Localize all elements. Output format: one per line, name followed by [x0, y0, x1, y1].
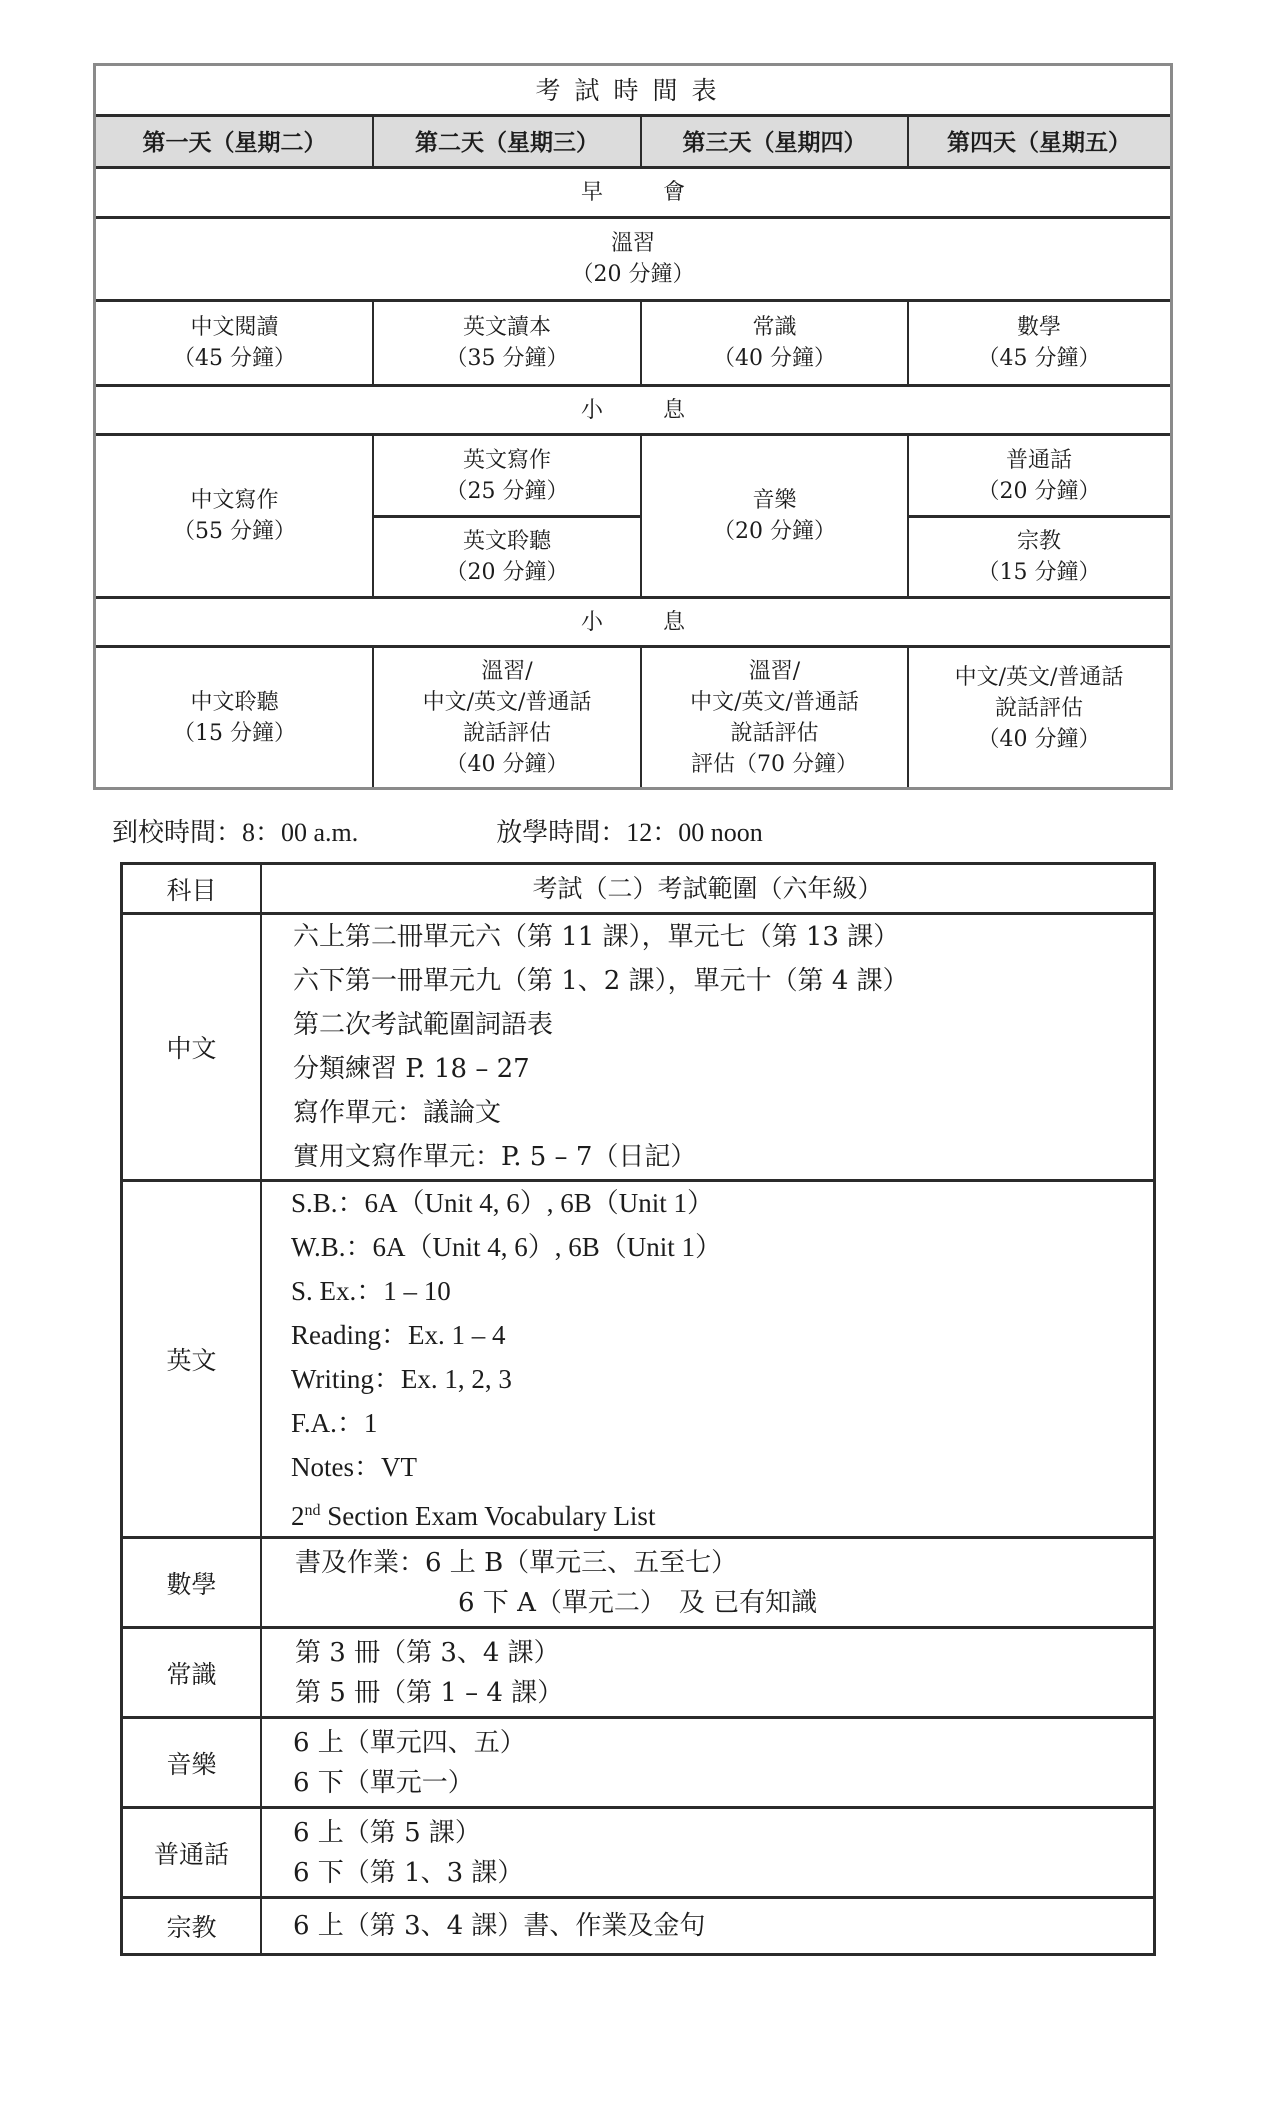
cell-line: 溫習/ — [749, 656, 800, 687]
subject-duration: （45 分鐘） — [173, 343, 296, 374]
scope-line: 6 上（單元四、五） — [293, 1723, 1143, 1763]
session2-day4-bottom: 宗教 （15 分鐘） — [908, 518, 1170, 596]
dismissal-time: 放學時間：12：00 noon — [496, 812, 763, 849]
cell-line: 說話評估 — [463, 718, 551, 749]
session3-day2: 溫習/ 中文/英文/普通話 說話評估 （40 分鐘） — [373, 648, 641, 787]
cell-line: 中文/英文/普通話 — [955, 662, 1124, 693]
scope-line: 六下第一冊單元九（第 1、2 課），單元十（第 4 課） — [293, 959, 1143, 1003]
session1-day3: 常識 （40 分鐘） — [641, 302, 908, 384]
subject-label: 音樂 — [123, 1719, 260, 1806]
arrival-time: 到校時間：8：00 a.m. — [112, 812, 358, 849]
cell-line: （40 分鐘） — [446, 749, 569, 780]
scope-line: S.B.：6A（Unit 4, 6）, 6B（Unit 1） — [291, 1181, 1143, 1225]
scope-line: 6 上（第 3、4 課）書、作業及金句 — [293, 1906, 1143, 1946]
scope-content: 6 上（單元四、五） 6 下（單元一） — [293, 1719, 1143, 1806]
scope-content: S.B.：6A（Unit 4, 6）, 6B（Unit 1） W.B.：6A（U… — [291, 1182, 1143, 1536]
scope-row-music: 音樂 6 上（單元四、五） 6 下（單元一） — [123, 1719, 1153, 1806]
scope-line: 寫作單元：議論文 — [293, 1091, 1143, 1135]
subject-duration: （20 分鐘） — [978, 476, 1101, 507]
subject-duration: （45 分鐘） — [978, 343, 1101, 374]
break-2: 小息 — [96, 599, 1170, 645]
school-times: 到校時間：8：00 a.m. 放學時間：12：00 noon — [112, 812, 763, 849]
subject-label: 宗教 — [123, 1899, 260, 1953]
subject-duration: （25 分鐘） — [446, 476, 569, 507]
subject-label: 中文 — [123, 915, 260, 1179]
revision-label: 溫習 — [611, 228, 655, 259]
scope-content: 6 上（第 3、4 課）書、作業及金句 — [293, 1899, 1143, 1953]
session1-day2: 英文讀本 （35 分鐘） — [373, 302, 641, 384]
ordinal-number: 2 — [291, 1501, 305, 1531]
subject-label: 普通話 — [123, 1809, 260, 1896]
scope-line: W.B.：6A（Unit 4, 6）, 6B（Unit 1） — [291, 1225, 1143, 1269]
subject-name: 音樂 — [752, 485, 796, 516]
subject-name: 普通話 — [1006, 445, 1072, 476]
scope-content: 6 上（第 5 課） 6 下（第 1、3 課） — [293, 1809, 1143, 1896]
scope-content: 書及作業：6 上 B（單元三、五至七） 6 下 A（單元二） 及 已有知識 — [295, 1539, 1143, 1626]
subject-duration: （15 分鐘） — [978, 557, 1101, 588]
session2-day2-top: 英文寫作 （25 分鐘） — [373, 436, 641, 515]
subject-duration: （55 分鐘） — [173, 516, 296, 547]
day-header-3: 第三天（星期四） — [641, 117, 908, 167]
subject-name: 數學 — [1017, 312, 1061, 343]
subject-name: 英文寫作 — [463, 445, 551, 476]
session3-day1: 中文聆聽 （15 分鐘） — [96, 648, 373, 787]
subject-duration: （20 分鐘） — [446, 557, 569, 588]
scope-line: 六上第二冊單元六（第 11 課），單元七（第 13 課） — [293, 915, 1143, 959]
subject-label: 常識 — [123, 1629, 260, 1716]
scope-line: 第 5 冊（第 1 – 4 課） — [295, 1673, 1143, 1713]
cell-line: 溫習/ — [481, 656, 532, 687]
cell-line: （40 分鐘） — [978, 724, 1101, 755]
scope-row-putonghua: 普通話 6 上（第 5 課） 6 下（第 1、3 課） — [123, 1809, 1153, 1896]
subject-name: 常識 — [752, 312, 796, 343]
day-header-2: 第二天（星期三） — [373, 117, 641, 167]
exam-scope-table: 科目 考試（二）考試範圍（六年級） 中文 六上第二冊單元六（第 11 課），單元… — [120, 862, 1156, 1956]
cell-line: 中文/英文/普通話 — [690, 687, 859, 718]
cell-line: 中文/英文/普通話 — [423, 687, 592, 718]
scope-line: 實用文寫作單元：P. 5 – 7（日記） — [293, 1135, 1143, 1179]
scope-line: 分類練習 P. 18 – 27 — [293, 1047, 1143, 1091]
day-header-1: 第一天（星期二） — [96, 117, 373, 167]
ordinal-suffix: nd — [305, 1502, 321, 1519]
scope-content: 第 3 冊（第 3、4 課） 第 5 冊（第 1 – 4 課） — [295, 1629, 1143, 1716]
scope-line: 6 下（單元一） — [293, 1763, 1143, 1803]
subject-duration: （40 分鐘） — [713, 343, 836, 374]
subject-name: 宗教 — [1017, 526, 1061, 557]
session2-day2-bottom: 英文聆聽 （20 分鐘） — [373, 518, 641, 596]
scope-line: 6 下（第 1、3 課） — [293, 1853, 1143, 1893]
scope-line: 書及作業：6 上 B（單元三、五至七） — [295, 1543, 1143, 1583]
scope-line-vocabulary: 2nd Section Exam Vocabulary List — [291, 1489, 1143, 1538]
scope-line: 6 上（第 5 課） — [293, 1813, 1143, 1853]
scope-line: Notes：VT — [291, 1445, 1143, 1489]
scope-row-maths: 數學 書及作業：6 上 B（單元三、五至七） 6 下 A（單元二） 及 已有知識 — [123, 1539, 1153, 1626]
cell-line: 說話評估 — [995, 693, 1083, 724]
cell-line: 評估（70 分鐘） — [691, 749, 858, 780]
scope-line: 6 下 A（單元二） 及 已有知識 — [295, 1583, 1143, 1623]
session2-day1: 中文寫作 （55 分鐘） — [96, 436, 373, 596]
subject-duration: （20 分鐘） — [713, 516, 836, 547]
scope-line: 第 3 冊（第 3、4 課） — [295, 1633, 1143, 1673]
session1-day1: 中文閱讀 （45 分鐘） — [96, 302, 373, 384]
subject-name: 英文讀本 — [463, 312, 551, 343]
revision-block: 溫習 （20 分鐘） — [96, 219, 1170, 299]
scope-line: F.A.：1 — [291, 1401, 1143, 1445]
subject-name: 中文寫作 — [190, 485, 278, 516]
cell-line: 中文聆聽 — [190, 687, 278, 718]
scope-line: Writing：Ex. 1, 2, 3 — [291, 1357, 1143, 1401]
subject-label: 英文 — [123, 1182, 260, 1536]
subject-name: 中文閱讀 — [190, 312, 278, 343]
session3-day3: 溫習/ 中文/英文/普通話 說話評估 評估（70 分鐘） — [641, 648, 908, 787]
scope-line: 第二次考試範圍詞語表 — [293, 1003, 1143, 1047]
session2-day3: 音樂 （20 分鐘） — [641, 436, 908, 596]
morning-assembly: 早會 — [96, 169, 1170, 216]
subject-duration: （35 分鐘） — [446, 343, 569, 374]
timetable-title: 考試時間表 — [96, 66, 1170, 114]
scope-row-chinese: 中文 六上第二冊單元六（第 11 課），單元七（第 13 課） 六下第一冊單元九… — [123, 915, 1153, 1179]
scope-content: 六上第二冊單元六（第 11 課），單元七（第 13 課） 六下第一冊單元九（第 … — [293, 915, 1143, 1179]
vocab-text: Section Exam Vocabulary List — [321, 1501, 656, 1531]
subject-label: 數學 — [123, 1539, 260, 1626]
scope-row-general-studies: 常識 第 3 冊（第 3、4 課） 第 5 冊（第 1 – 4 課） — [123, 1629, 1153, 1716]
scope-line: Reading：Ex. 1 – 4 — [291, 1313, 1143, 1357]
scope-row-english: 英文 S.B.：6A（Unit 4, 6）, 6B（Unit 1） W.B.：6… — [123, 1182, 1153, 1536]
subject-name: 英文聆聽 — [463, 526, 551, 557]
cell-line: （15 分鐘） — [173, 718, 296, 749]
session1-day4: 數學 （45 分鐘） — [908, 302, 1170, 384]
scope-header-row: 科目 考試（二）考試範圍（六年級） — [123, 865, 1153, 912]
session3-day4: 中文/英文/普通話 說話評估 （40 分鐘） — [908, 648, 1170, 768]
subject-column-header: 科目 — [123, 865, 260, 912]
exam-timetable: 考試時間表 第一天（星期二） 第二天（星期三） 第三天（星期四） 第四天（星期五… — [93, 63, 1173, 790]
cell-line: 說話評估 — [730, 718, 818, 749]
revision-duration: （20 分鐘） — [572, 259, 695, 290]
session2-day4-top: 普通話 （20 分鐘） — [908, 436, 1170, 515]
break-1: 小息 — [96, 387, 1170, 433]
scope-line: S. Ex.：1 – 10 — [291, 1269, 1143, 1313]
day-header-4: 第四天（星期五） — [908, 117, 1170, 167]
scope-row-religion: 宗教 6 上（第 3、4 課）書、作業及金句 — [123, 1899, 1153, 1953]
scope-title: 考試（二）考試範圍（六年級） — [262, 865, 1153, 912]
